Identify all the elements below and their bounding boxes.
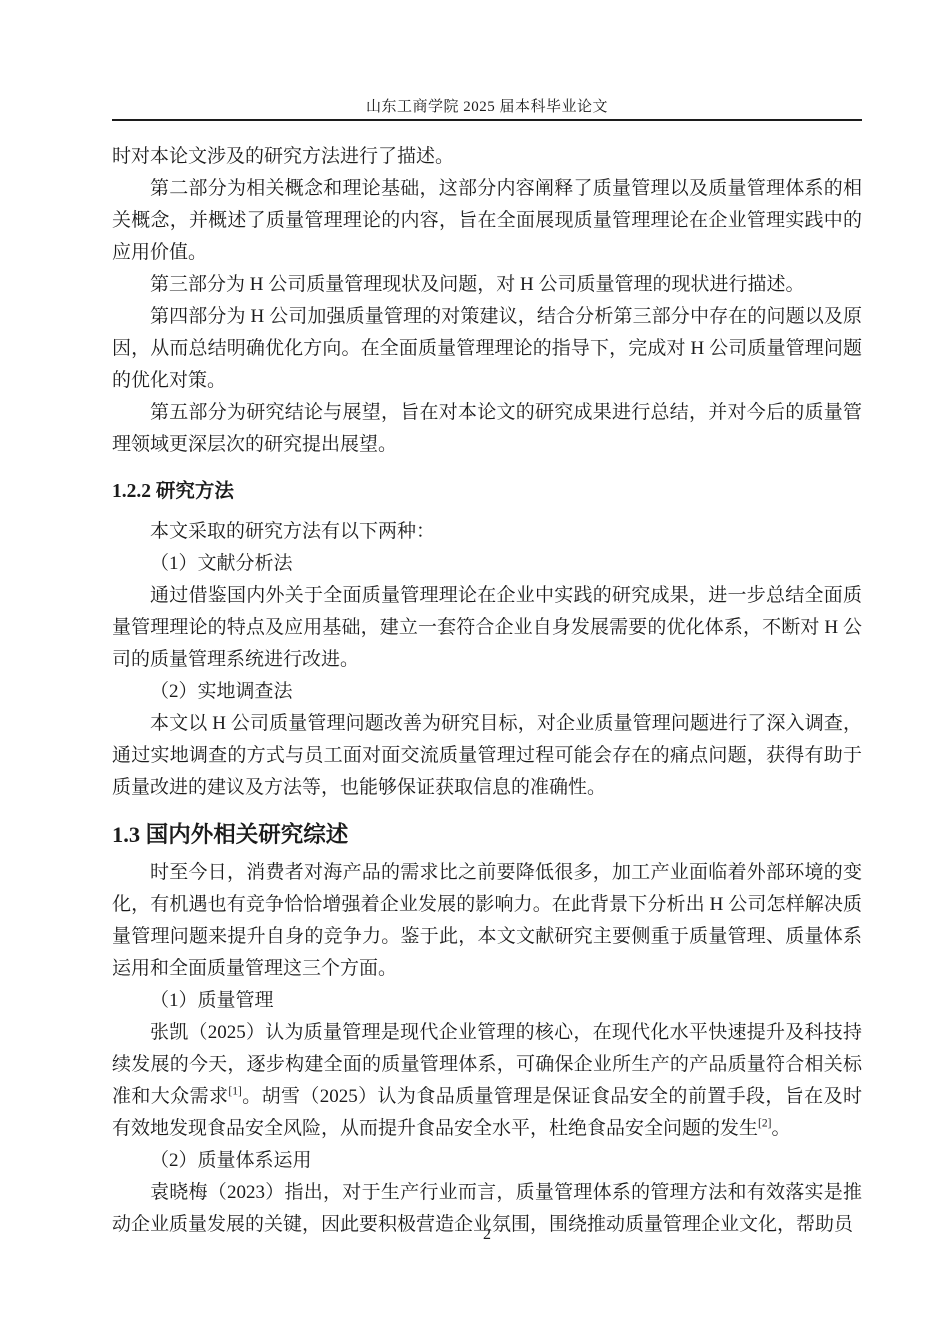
document-page: 山东工商学院 2025 届本科毕业论文 时对本论文涉及的研究方法进行了描述。 第… — [0, 0, 950, 1344]
citation-text-3: 。 — [771, 1118, 790, 1139]
list-item-literature-method: （1）文献分析法 — [112, 548, 862, 580]
paragraph-part5: 第五部分为研究结论与展望，旨在对本论文的研究成果进行总结，并对今后的质量管理领域… — [112, 397, 862, 461]
paragraph-field-method: 本文以 H 公司质量管理问题改善为研究目标，对企业质量管理问题进行了深入调查，通… — [112, 708, 862, 804]
paragraph-methods-intro: 本文采取的研究方法有以下两种： — [112, 516, 862, 548]
page-footer: 2 — [112, 1225, 862, 1245]
page-header: 山东工商学院 2025 届本科毕业论文 — [112, 0, 862, 121]
document-content: 时对本论文涉及的研究方法进行了描述。 第二部分为相关概念和理论基础，这部分内容阐… — [112, 141, 862, 1241]
list-item-quality-system: （2）质量体系运用 — [112, 1145, 862, 1177]
running-head: 山东工商学院 2025 届本科毕业论文 — [112, 0, 862, 118]
paragraph-continuation: 时对本论文涉及的研究方法进行了描述。 — [112, 141, 862, 173]
section-heading-research-methods: 1.2.2 研究方法 — [112, 476, 862, 508]
paragraph-citations: 张凯（2025）认为质量管理是现代企业管理的核心，在现代化水平快速提升及科技持续… — [112, 1017, 862, 1145]
paragraph-part3: 第三部分为 H 公司质量管理现状及问题，对 H 公司质量管理的现状进行描述。 — [112, 269, 862, 301]
header-divider — [112, 119, 862, 121]
citation-ref-1: [1] — [228, 1086, 241, 1098]
section-heading-literature-review: 1.3 国内外相关研究综述 — [112, 817, 862, 852]
page-number: 2 — [483, 1226, 491, 1243]
citation-ref-2: [2] — [758, 1118, 771, 1130]
paragraph-part2: 第二部分为相关概念和理论基础，这部分内容阐释了质量管理以及质量管理体系的相关概念… — [112, 173, 862, 269]
paragraph-part4: 第四部分为 H 公司加强质量管理的对策建议，结合分析第三部分中存在的问题以及原因… — [112, 301, 862, 397]
list-item-quality-management: （1）质量管理 — [112, 985, 862, 1017]
list-item-field-method: （2）实地调查法 — [112, 676, 862, 708]
paragraph-review-intro: 时至今日，消费者对海产品的需求比之前要降低很多，加工产业面临着外部环境的变化，有… — [112, 857, 862, 985]
paragraph-literature-method: 通过借鉴国内外关于全面质量管理理论在企业中实践的研究成果，进一步总结全面质量管理… — [112, 580, 862, 676]
